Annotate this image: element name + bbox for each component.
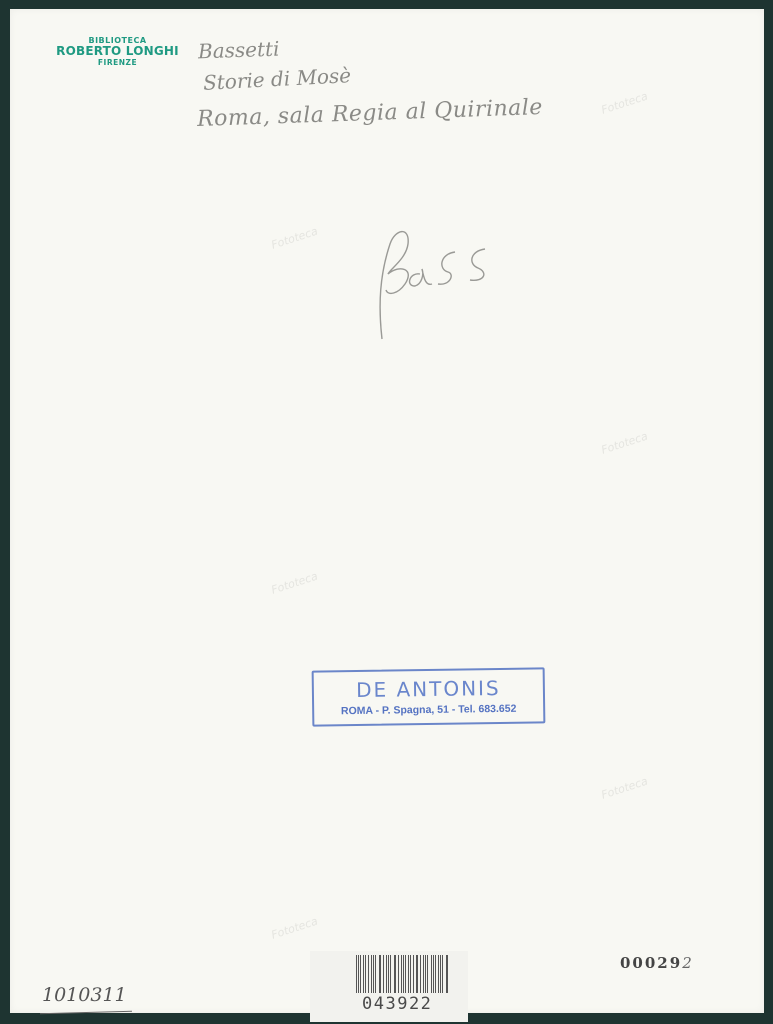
barcode-bar (408, 955, 409, 993)
handwritten-location: Roma, sala Regia al Quirinale (197, 95, 544, 132)
inventory-number-handwritten: 2 (682, 954, 694, 972)
barcode-number: 043922 (362, 994, 432, 1014)
handwritten-artist: Bassetti (198, 37, 280, 64)
shelf-number: 1010311 (42, 984, 127, 1006)
barcode-bar (420, 955, 421, 993)
barcode-bar (431, 955, 432, 993)
inventory-number: 000292 (620, 954, 694, 972)
watermark: Fototeca (600, 75, 700, 133)
barcode-bar (375, 955, 376, 993)
photographer-address: ROMA - P. Spagna, 51 - Tel. 683.652 (314, 702, 543, 717)
barcode-bar (438, 955, 439, 993)
barcode-bar (379, 955, 380, 993)
photo-verso-page: BIBLIOTECA ROBERTO LONGHI FIRENZE Basset… (10, 9, 764, 1013)
inventory-number-printed: 00029 (620, 954, 682, 972)
barcode-bar (363, 955, 364, 993)
barcode-bar (447, 955, 448, 993)
watermark: Fototeca (600, 415, 700, 473)
library-stamp: BIBLIOTECA ROBERTO LONGHI FIRENZE (50, 36, 185, 68)
shelf-number-underline (40, 1011, 132, 1015)
barcode-bar (365, 955, 366, 993)
photographer-stamp: DE ANTONIS ROMA - P. Spagna, 51 - Tel. 6… (312, 667, 546, 726)
photographer-name: DE ANTONIS (314, 675, 543, 702)
barcode (356, 955, 450, 993)
barcode-bar (401, 955, 402, 993)
barcode-bar (427, 955, 428, 993)
watermark: Fototeca (600, 760, 700, 818)
watermark: Fototeca (270, 210, 370, 268)
barcode-bar (356, 955, 357, 993)
barcode-bar (446, 955, 447, 993)
handwritten-subject: Storie di Mosè (202, 63, 351, 95)
watermark: Fototeca (270, 900, 370, 958)
library-stamp-line2: ROBERTO LONGHI (50, 45, 185, 59)
watermark: Fototeca (270, 555, 370, 613)
pencil-signature (360, 224, 520, 344)
library-stamp-line3: FIRENZE (50, 59, 185, 68)
barcode-label: 043922 (310, 951, 468, 1022)
barcode-bar (394, 955, 395, 993)
barcode-bar (410, 955, 411, 993)
barcode-bar (386, 955, 387, 993)
